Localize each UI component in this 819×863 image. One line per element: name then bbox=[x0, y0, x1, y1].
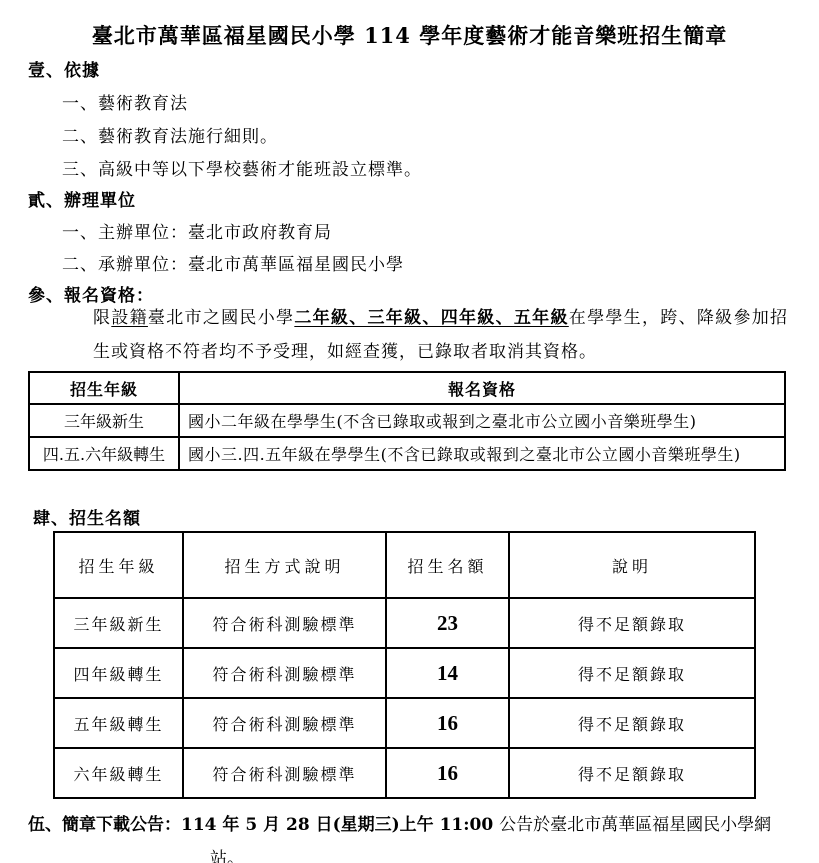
eligibility-row1-qualification: 國小二年級在學學生(不含已錄取或報到之臺北市公立國小音樂班學生) bbox=[179, 404, 785, 437]
basis-item-3: 三、高級中等以下學校藝術才能班設立標準。 bbox=[62, 155, 422, 180]
announcement-text: 公告於臺北市萬華區福星國民小學網 bbox=[499, 815, 771, 835]
quota-row1-grade: 三年級新生 bbox=[54, 598, 183, 648]
table-row: 三年級新生 符合術科測驗標準 23 得不足額錄取 bbox=[54, 598, 755, 648]
eligibility-seg-1: 限 bbox=[93, 308, 111, 328]
quota-row2-note: 得不足額錄取 bbox=[509, 648, 755, 698]
quota-header-quota: 招生名額 bbox=[386, 532, 509, 598]
organizer-item-2: 二、承辦單位：臺北市萬華區福星國民小學 bbox=[62, 250, 404, 275]
quota-row4-quota: 16 bbox=[386, 748, 509, 798]
quota-row2-grade: 四年級轉生 bbox=[54, 648, 183, 698]
document-page: 臺北市萬華區福星國民小學 114 學年度藝術才能音樂班招生簡章 壹、依據 一、藝… bbox=[0, 0, 819, 863]
quota-row2-quota: 14 bbox=[386, 648, 509, 698]
section-heading-organizers: 貳、辦理單位 bbox=[28, 186, 136, 211]
basis-item-1: 一、藝術教育法 bbox=[62, 89, 188, 114]
eligibility-table-header-row: 招生年級 報名資格 bbox=[29, 372, 785, 404]
table-row: 四年級轉生 符合術科測驗標準 14 得不足額錄取 bbox=[54, 648, 755, 698]
quota-table-header-row: 招生年級 招生方式說明 招生名額 說明 bbox=[54, 532, 755, 598]
quota-row3-note: 得不足額錄取 bbox=[509, 698, 755, 748]
eligibility-header-qualification: 報名資格 bbox=[179, 372, 785, 404]
announcement-line: 伍、簡章下載公告：114 年 5 月 28 日(星期三)上午 11:00 公告於… bbox=[28, 810, 771, 835]
quota-table: 招生年級 招生方式說明 招生名額 說明 三年級新生 符合術科測驗標準 23 得不… bbox=[53, 531, 756, 799]
eligibility-seg-4-bold-underlined: 二年級、三年級、四年級、五年級 bbox=[294, 308, 568, 328]
document-title: 臺北市萬華區福星國民小學 114 學年度藝術才能音樂班招生簡章 bbox=[0, 20, 819, 50]
quota-row4-grade: 六年級轉生 bbox=[54, 748, 183, 798]
quota-row3-quota: 16 bbox=[386, 698, 509, 748]
section-heading-quota: 肆、招生名額 bbox=[33, 504, 141, 529]
organizer-item-1: 一、主辦單位：臺北市政府教育局 bbox=[62, 218, 332, 243]
quota-header-method: 招生方式說明 bbox=[183, 532, 386, 598]
eligibility-row1-grade: 三年級新生 bbox=[29, 404, 179, 437]
eligibility-table: 招生年級 報名資格 三年級新生 國小二年級在學學生(不含已錄取或報到之臺北市公立… bbox=[28, 371, 786, 471]
quota-row1-method: 符合術科測驗標準 bbox=[183, 598, 386, 648]
eligibility-seg-2-underlined: 設籍 bbox=[111, 308, 148, 328]
quota-row1-quota: 23 bbox=[386, 598, 509, 648]
announcement-line-2: 站。 bbox=[210, 844, 244, 863]
quota-row1-note: 得不足額錄取 bbox=[509, 598, 755, 648]
eligibility-seg-3: 臺北市之國民小學 bbox=[148, 308, 294, 328]
eligibility-row2-qualification: 國小三.四.五年級在學學生(不含已錄取或報到之臺北市公立國小音樂班學生) bbox=[179, 437, 785, 470]
quota-row2-method: 符合術科測驗標準 bbox=[183, 648, 386, 698]
table-row: 四.五.六年級轉生 國小三.四.五年級在學學生(不含已錄取或報到之臺北市公立國小… bbox=[29, 437, 785, 470]
eligibility-paragraph: 限設籍臺北市之國民小學二年級、三年級、四年級、五年級在學學生，跨、降級參加招生或… bbox=[93, 301, 788, 369]
announcement-datetime: 114 年 5 月 28 日(星期三)上午 11:00 bbox=[181, 815, 499, 835]
quota-row4-method: 符合術科測驗標準 bbox=[183, 748, 386, 798]
eligibility-header-grade: 招生年級 bbox=[29, 372, 179, 404]
quota-row4-note: 得不足額錄取 bbox=[509, 748, 755, 798]
quota-row3-method: 符合術科測驗標準 bbox=[183, 698, 386, 748]
table-row: 五年級轉生 符合術科測驗標準 16 得不足額錄取 bbox=[54, 698, 755, 748]
quota-header-grade: 招生年級 bbox=[54, 532, 183, 598]
eligibility-row2-grade: 四.五.六年級轉生 bbox=[29, 437, 179, 470]
table-row: 六年級轉生 符合術科測驗標準 16 得不足額錄取 bbox=[54, 748, 755, 798]
quota-header-note: 說明 bbox=[509, 532, 755, 598]
basis-item-2: 二、藝術教育法施行細則。 bbox=[62, 122, 278, 147]
section-heading-basis: 壹、依據 bbox=[28, 56, 100, 81]
announcement-heading: 伍、簡章下載公告： bbox=[28, 815, 181, 835]
quota-row3-grade: 五年級轉生 bbox=[54, 698, 183, 748]
table-row: 三年級新生 國小二年級在學學生(不含已錄取或報到之臺北市公立國小音樂班學生) bbox=[29, 404, 785, 437]
